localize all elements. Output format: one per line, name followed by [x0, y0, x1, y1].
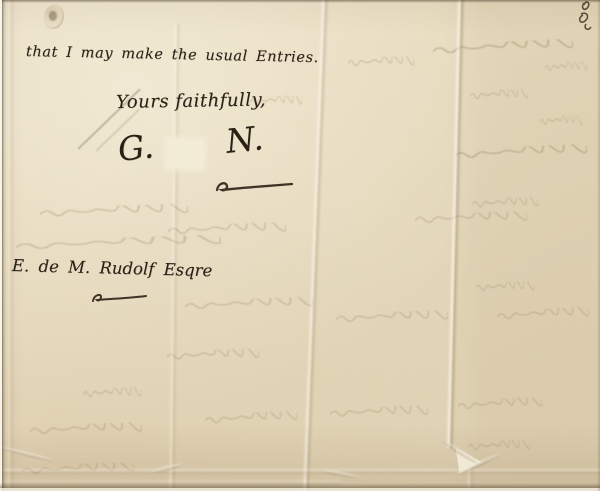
- ghost-writing: [470, 89, 528, 101]
- fold-crease: [466, 468, 475, 491]
- crumple-wrinkle: [453, 452, 503, 478]
- embossed-seal-core: [49, 11, 57, 21]
- crumple-wrinkle: [440, 438, 482, 467]
- signature-initial-right: N.: [224, 118, 265, 161]
- ghost-writing: [330, 405, 428, 418]
- ghost-writing: [22, 462, 134, 476]
- scan-edge-bottom-shadow: [0, 483, 600, 488]
- fold-crease: [445, 0, 465, 448]
- embossed-seal: [42, 3, 64, 29]
- fold-crease: [0, 478, 340, 487]
- paper-patch: [167, 139, 203, 169]
- letter-valediction: Yours faithfully,: [116, 89, 266, 113]
- fold-crease: [301, 0, 329, 491]
- letter-scan: that I may make the usual Entries. Yours…: [0, 0, 600, 491]
- ghost-writing: [415, 211, 527, 225]
- ghost-writing: [433, 38, 573, 55]
- corner-ink-mark-icon: [574, 0, 596, 34]
- scan-edge-left-shadow: [2, 0, 6, 491]
- ghost-writing: [336, 310, 448, 324]
- crumple-wrinkle: [0, 444, 58, 463]
- ghost-writing: [167, 348, 259, 361]
- addressee-flourish: [90, 290, 150, 305]
- ghost-writing: [168, 222, 286, 236]
- crumple-facet: [452, 448, 482, 474]
- crumple-wrinkle: [318, 468, 362, 480]
- ghost-writing: [30, 422, 142, 436]
- letter-body-line: that I may make the usual Entries.: [26, 44, 319, 66]
- ghost-writing: [348, 56, 414, 68]
- ghost-writing: [40, 203, 188, 218]
- ghost-writing: [545, 61, 587, 73]
- paper-shading: [0, 0, 600, 491]
- scan-edge-left: [0, 0, 2, 491]
- fold-crease: [6, 0, 15, 491]
- letter-addressee: E. de M. Rudolf Esqre: [12, 256, 213, 280]
- signature-initial-left: G.: [116, 126, 156, 169]
- ghost-writing: [205, 411, 297, 426]
- ghost-writing: [458, 397, 542, 411]
- ghost-writing: [455, 144, 587, 161]
- ghost-writing: [468, 440, 530, 452]
- ghost-writing: [16, 234, 221, 251]
- ghost-writing: [497, 307, 589, 322]
- ghost-writing: [476, 281, 534, 293]
- signature-flourish: [213, 178, 295, 195]
- ghost-writing: [83, 387, 141, 399]
- crumple-wrinkle: [150, 462, 184, 475]
- scan-edge-top: [0, 0, 600, 3]
- fold-crease: [0, 467, 600, 476]
- ghost-writing: [472, 197, 538, 209]
- ghost-writing: [185, 297, 313, 311]
- ghost-writing: [540, 115, 582, 126]
